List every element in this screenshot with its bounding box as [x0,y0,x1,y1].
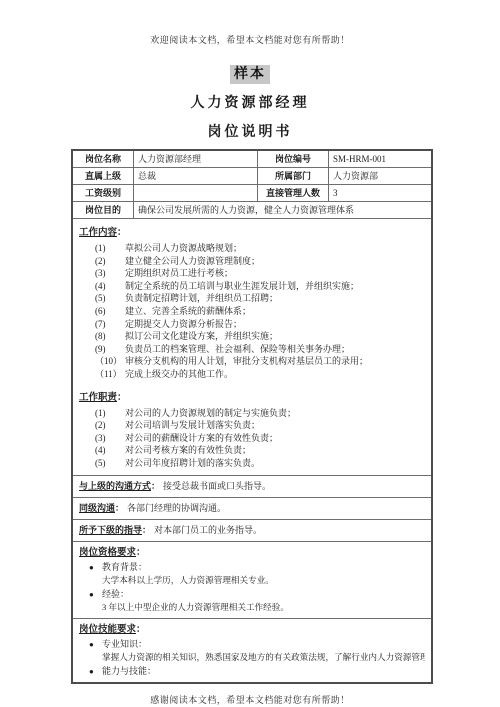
bullet-icon: ● [89,561,102,574]
bullet-desc: 大学本科以上学历，人力资源管理相关专业。 [102,574,425,587]
footer-note: 感谢阅读本文档，希望本文档能对您有所帮助！ [0,693,500,706]
heading-colon: ： [136,625,146,635]
info-label: 直属上级 [73,168,134,185]
duty-item: (3)对公司的薪酬设计方案的有效性负责； [79,432,425,445]
qualification-item: ●教育背景： [79,561,425,574]
item-text: 对公司的人力资源规划的制定与实施负责； [125,407,425,420]
sample-badge: 样本 [230,65,270,84]
duties-heading: 工作职责： [79,391,425,405]
heading-colon: ： [136,548,146,558]
duty-item: (5)对公司年度招聘计划的落实负责。 [79,457,425,470]
info-label: 岗位名称 [73,151,134,168]
work-item: (3)定期组织对员工进行考核； [79,267,425,280]
qualifications-heading-text: 岗位资格要求 [79,548,136,558]
sample-badge-row: 样本 [0,65,500,84]
info-value: 人力资源部 [329,168,431,185]
item-number: (7) [95,318,125,331]
info-label: 直接管理人数 [258,185,329,202]
work-content-heading-text: 工作内容 [79,228,117,238]
item-text: 审核分支机构的用人计划，审批分支机构对基层员工的录用； [125,355,425,368]
comm-colon: ： [142,525,151,535]
info-label: 所属部门 [258,168,329,185]
info-label: 工资级别 [73,185,134,202]
skills-section: 岗位技能要求： ●专业知识：掌握人力资源的相关知识，熟悉国家及地方的有关政策法规… [73,619,431,682]
section-gap [79,381,425,391]
skills-heading-text: 岗位技能要求 [79,625,136,635]
work-item: (9)负责员工的档案管理、社会福利、保险等相关事务办理； [79,343,425,356]
item-text: 对公司的薪酬设计方案的有效性负责； [125,432,425,445]
work-item: (4)制定全系统的员工培训与职业生涯发展计划，并组织实施； [79,280,425,293]
work-item: (1)草拟公司人力资源战略规划； [79,242,425,255]
comm-label: 与上级的沟通方式 [79,481,151,491]
communication-rows: 与上级的沟通方式：接受总裁书面或口头指导。同级沟通：各部门经理的协调沟通。所予下… [73,476,431,542]
work-content-section: 工作内容： (1)草拟公司人力资源战略规划；(2)建立健全公司人力资源管理制度；… [73,219,431,476]
qualification-item: ●经验： [79,588,425,601]
skill-items: ●专业知识：掌握人力资源的相关知识，熟悉国家及地方的有关政策法规，了解行业内人力… [79,638,425,678]
comm-colon: ： [151,481,160,491]
item-number: (6) [95,305,125,318]
bullet-title: 教育背景： [102,561,425,574]
header-note: 欢迎阅读本文档，希望本文档能对您有所帮助！ [0,0,500,46]
item-number: (4) [95,444,125,457]
work-item: (8)拟订公司文化建设方案，并组织实施； [79,330,425,343]
item-text: 建立、完善全系统的薪酬体系； [125,305,425,318]
bullet-icon: ● [89,588,102,601]
work-item: (5)负责制定招聘计划，并组织员工招聘； [79,292,425,305]
info-label: 岗位编号 [258,151,329,168]
purpose-label: 岗位目的 [73,202,134,219]
job-description-table: 岗位名称人力资源部经理岗位编号SM-HRM-001直属上级总裁所属部门人力资源部… [71,149,433,684]
item-text: 对公司年度招聘计划的落实负责。 [125,457,425,470]
item-text: 草拟公司人力资源战略规划； [125,242,425,255]
skill-item: ●能力与技能： [79,665,425,678]
item-text: 定期提交人力资源分析报告； [125,318,425,331]
bullet-icon: ● [89,638,102,651]
item-number: (3) [95,267,125,280]
item-number: (9) [95,343,125,356]
skills-heading: 岗位技能要求： [79,623,425,637]
duties-items: (1)对公司的人力资源规划的制定与实施负责；(2)对公司培训与发展计划落实负责；… [79,407,425,470]
duty-item: (2)对公司培训与发展计划落实负责； [79,419,425,432]
item-text: 建立健全公司人力资源管理制度； [125,255,425,268]
comm-row: 同级沟通：各部门经理的协调沟通。 [73,498,431,520]
purpose-value: 确保公司发展所需的人力资源，健全人力资源管理体系 [134,202,431,219]
comm-text: 各部门经理的协调沟通。 [127,503,226,513]
item-text: 制定全系统的员工培训与职业生涯发展计划，并组织实施； [125,280,425,293]
bullet-title: 经验： [102,588,425,601]
comm-row: 与上级的沟通方式：接受总裁书面或口头指导。 [73,476,431,498]
qualification-items: ●教育背景：大学本科以上学历，人力资源管理相关专业。●经验：3 年以上中型企业的… [79,561,425,614]
heading-colon: ： [117,393,127,403]
bullet-desc: 3 年以上中型企业的人力资源管理相关工作经验。 [102,601,425,614]
bullet-title: 能力与技能： [102,665,425,678]
comm-text: 接受总裁书面或口头指导。 [163,481,271,491]
work-content-items: (1)草拟公司人力资源战略规划；(2)建立健全公司人力资源管理制度；(3)定期组… [79,242,425,381]
bullet-title: 专业知识： [102,638,425,651]
item-number: (2) [95,255,125,268]
item-number: (5) [95,292,125,305]
info-value: 人力资源部经理 [134,151,258,168]
item-text: 拟订公司文化建设方案，并组织实施； [125,330,425,343]
doc-title: 岗位说明书 [0,121,500,141]
item-number: (3) [95,432,125,445]
comm-colon: ： [115,503,124,513]
heading-colon: ： [117,228,127,238]
comm-label: 所予下级的指导 [79,525,142,535]
job-title: 人力资源部经理 [0,92,500,112]
item-text: 完成上级交办的其他工作。 [125,368,425,381]
comm-text: 对本部门员工的业务指导。 [154,525,262,535]
work-item: (7)定期提交人力资源分析报告； [79,318,425,331]
comm-row: 所予下级的指导：对本部门员工的业务指导。 [73,520,431,542]
item-number: （10） [95,355,125,368]
item-text: 对公司培训与发展计划落实负责； [125,419,425,432]
work-item: （11）完成上级交办的其他工作。 [79,368,425,381]
work-item: (2)建立健全公司人力资源管理制度； [79,255,425,268]
qualifications-heading: 岗位资格要求： [79,546,425,560]
purpose-row: 岗位目的 确保公司发展所需的人力资源，健全人力资源管理体系 [73,202,431,219]
item-text: 负责制定招聘计划，并组织员工招聘； [125,292,425,305]
item-number: （11） [95,368,125,381]
info-value [134,185,258,202]
item-number: (2) [95,419,125,432]
comm-label: 同级沟通 [79,503,115,513]
info-grid: 岗位名称人力资源部经理岗位编号SM-HRM-001直属上级总裁所属部门人力资源部… [73,151,431,202]
document-page: 欢迎阅读本文档，希望本文档能对您有所帮助！ 样本 人力资源部经理 岗位说明书 岗… [0,0,500,707]
item-text: 对公司考核方案的有效性负责； [125,444,425,457]
item-number: (1) [95,407,125,420]
bullet-desc: 掌握人力资源的相关知识，熟悉国家及地方的有关政策法规，了解行业内人力资源管理状况… [102,651,425,664]
item-number: (1) [95,242,125,255]
info-value: SM-HRM-001 [329,151,431,168]
work-content-heading: 工作内容： [79,226,425,240]
skill-item: ●专业知识： [79,638,425,651]
item-text: 负责员工的档案管理、社会福利、保险等相关事务办理； [125,343,425,356]
item-text: 定期组织对员工进行考核； [125,267,425,280]
item-number: (4) [95,280,125,293]
qualifications-section: 岗位资格要求： ●教育背景：大学本科以上学历，人力资源管理相关专业。●经验：3 … [73,542,431,619]
work-item: (6)建立、完善全系统的薪酬体系； [79,305,425,318]
duties-heading-text: 工作职责 [79,393,117,403]
info-value: 总裁 [134,168,258,185]
info-value: 3 [329,185,431,202]
bullet-icon: ● [89,665,102,678]
duty-item: (1)对公司的人力资源规划的制定与实施负责； [79,407,425,420]
duty-item: (4)对公司考核方案的有效性负责； [79,444,425,457]
work-item: （10）审核分支机构的用人计划，审批分支机构对基层员工的录用； [79,355,425,368]
item-number: (5) [95,457,125,470]
item-number: (8) [95,330,125,343]
